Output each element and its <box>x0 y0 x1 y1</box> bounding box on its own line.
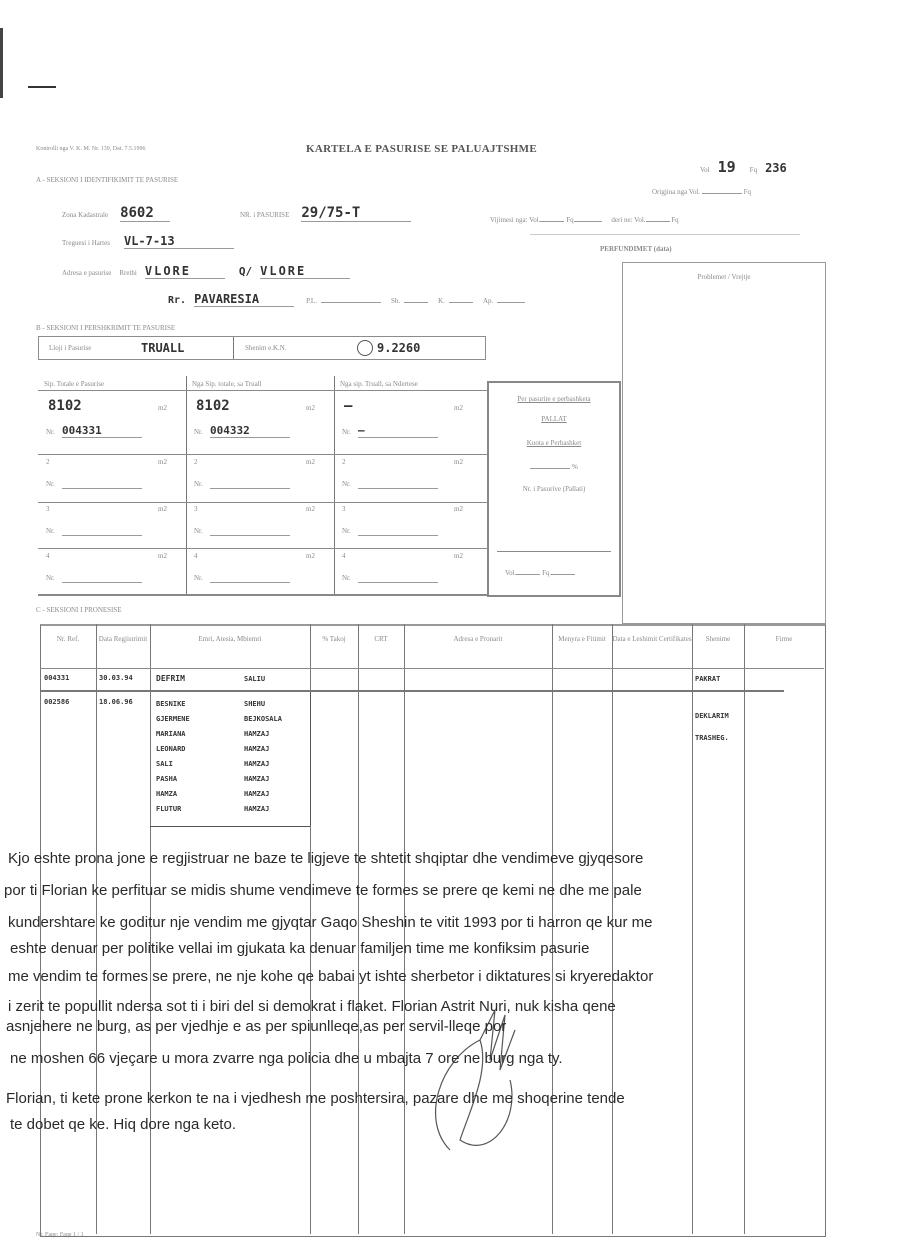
fq-value: 236 <box>765 161 787 175</box>
problemet-box: Problemet / Vrejtje <box>622 262 826 624</box>
owner-last-name: SHEHU <box>244 700 265 708</box>
area-col-header: Nga sip. Truall, sa Ndertese <box>340 380 418 388</box>
table-header: Data e Leshimit Certifikates <box>612 634 692 645</box>
scan-dash-mark <box>28 86 56 88</box>
owner-last-name: HAMZAJ <box>244 775 269 783</box>
qyteti-value: VLORE <box>260 264 350 279</box>
owner-last-name: HAMZAJ <box>244 760 269 768</box>
area-value: 8102 <box>48 398 82 414</box>
owner-first-name: DEFRIM <box>156 674 185 683</box>
overlay-text-line: kundershtare ke goditur nje vendim me gj… <box>8 914 653 931</box>
overlay-text-line: asnjehere ne burg, as per vjedhje e as p… <box>6 1018 506 1035</box>
lloji-value: TRUALL <box>141 341 184 355</box>
table-header: CRT <box>358 634 404 645</box>
area-ref: — <box>358 424 438 438</box>
footer-note: Nr. Faqe: Faqe 1 / 1 <box>36 1232 84 1238</box>
overlay-text-line: Florian, ti kete prone kerkon te na i vj… <box>6 1090 625 1107</box>
form-title: KARTELA E PASURISE SE PALUAJTSHME <box>306 143 537 155</box>
rrethi-value: VLORE <box>145 264 225 279</box>
sip-value: 9.2260 <box>377 341 420 355</box>
vijimesi-field: Vijimesi nga: Vol. Fq deri ne: Vol. Fq <box>490 216 679 224</box>
rruga-value: PAVARESIA <box>194 292 294 307</box>
treguesi-value: VL-7-13 <box>124 234 234 249</box>
owner-ref: 002586 <box>44 698 69 706</box>
owner-last-name: BEJKOSALA <box>244 715 282 723</box>
overlay-text-line: Kjo eshte prona jone e regjistruar ne ba… <box>8 850 643 867</box>
owner-note: PAKRAT <box>695 675 720 683</box>
owner-note: DEKLARIM <box>695 712 729 720</box>
treguesi-field: Treguesi i Hartes VL-7-13 <box>62 232 234 250</box>
zona-field: Zona Kadastrale 8602 <box>62 204 170 222</box>
area-col-header: Sip. Totale e Pasurise <box>44 380 104 388</box>
owner-first-name: PASHA <box>156 775 177 783</box>
area-ref: 004332 <box>210 424 290 438</box>
address-field: Adresa e pasurise Rrethi VLORE Q/ VLORE <box>62 262 350 280</box>
circled-mark <box>357 340 373 356</box>
owner-last-name: HAMZAJ <box>244 805 269 813</box>
street-field: Rr. PAVARESIA P.L. Sh. K. Ap. <box>168 290 525 308</box>
area-col-header: Nga Sip. totale, sa Truall <box>192 380 262 388</box>
owner-first-name: GJERMENE <box>156 715 190 723</box>
owner-first-name: LEONARD <box>156 745 186 753</box>
volume-page-indicator: Vol 19 Fq 236 <box>700 158 787 177</box>
owner-date: 30.03.94 <box>99 674 133 682</box>
scan-edge-mark <box>0 28 3 98</box>
owner-first-name: MARIANA <box>156 730 186 738</box>
zona-value: 8602 <box>120 205 170 222</box>
owner-last-name: HAMZAJ <box>244 730 269 738</box>
section-a-title: A - SEKSIONI I IDENTIFIKIMIT TE PASURISE <box>36 176 178 184</box>
owner-first-name: SALI <box>156 760 173 768</box>
section-c-title: C - SEKSIONI I PRONESISE <box>36 606 122 614</box>
table-header: Data Regjistrimit <box>96 634 150 645</box>
table-header: Menyra e Fitimit <box>552 634 612 645</box>
owner-last-name: HAMZAJ <box>244 790 269 798</box>
overlay-text-line: te dobet qe ke. Hiq dore nga keto. <box>10 1116 236 1133</box>
vol-value: 19 <box>718 158 736 176</box>
area-ref: 004331 <box>62 424 142 438</box>
area-value: — <box>344 398 352 414</box>
nr-pasurise-field: NR. i PASURISE 29/75-T <box>240 204 411 222</box>
overlay-text-line: por ti Florian ke perfituar se midis shu… <box>4 882 642 899</box>
owner-first-name: HAMZA <box>156 790 177 798</box>
form-reference: Kontrolli nga V. K. M. Nr. 139, Dat. 7.5… <box>36 146 145 152</box>
table-header: % Takoj <box>310 634 358 645</box>
overlay-text-line: ne moshen 66 vjeçare u mora zvarre nga p… <box>10 1050 563 1067</box>
table-header: Shenime <box>692 634 744 645</box>
overlay-text-line: eshte denuar per politike vellai im gjuk… <box>10 940 589 957</box>
owner-last-name: SALIU <box>244 675 265 683</box>
table-header: Nr. Ref. <box>40 634 96 645</box>
owner-first-name: FLUTUR <box>156 805 181 813</box>
owner-ref: 004331 <box>44 674 69 682</box>
origjina-field: Origjina nga Vol. Fq <box>652 188 751 196</box>
overlay-text-line: me vendim te formes se prere, ne nje koh… <box>8 968 653 985</box>
area-grid <box>38 376 488 596</box>
owner-last-name: HAMZAJ <box>244 745 269 753</box>
perfundimet-label: PERFUNDIMET (data) <box>600 245 672 253</box>
table-header: Adresa e Pronarit <box>404 634 552 645</box>
owner-note: TRASHEG. <box>695 734 729 742</box>
area-value: 8102 <box>196 398 230 414</box>
owner-first-name: BESNIKE <box>156 700 186 708</box>
property-type-row: Lloji i Pasurise TRUALL Shenim e.K.N. 9.… <box>38 336 486 360</box>
table-header: Firme <box>744 634 824 645</box>
shared-property-box: Per pasurite e perbashketa PALLAT Kuota … <box>487 381 621 597</box>
owner-date: 18.06.96 <box>99 698 133 706</box>
section-b-title: B - SEKSIONI I PERSHKRIMIT TE PASURISE <box>36 324 175 332</box>
overlay-text-line: i zerit te popullit ndersa sot ti i biri… <box>8 998 616 1015</box>
table-header: Emri, Atesia, Mbiemri <box>150 634 310 645</box>
nr-pasurise-value: 29/75-T <box>301 205 411 222</box>
